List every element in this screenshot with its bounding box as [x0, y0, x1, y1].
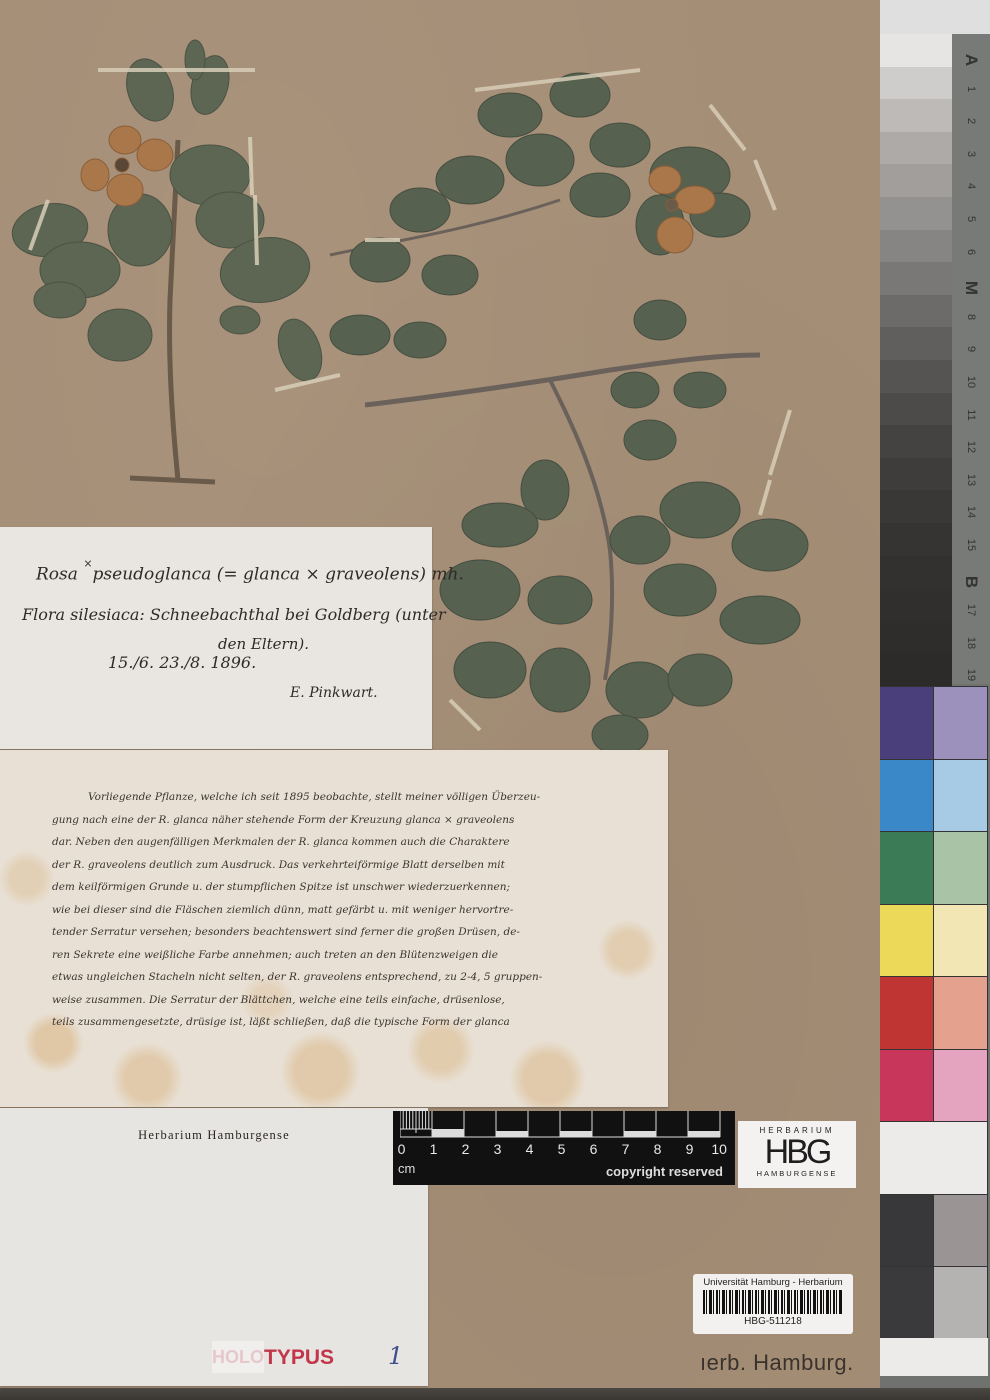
locality: Flora silesiaca: Schneebachthal bei Gold… — [22, 605, 446, 624]
color-checker: A123456M89101112131415B171819 — [880, 0, 990, 1388]
gray-step — [880, 360, 952, 393]
notes-line: tender Serratur versehen; besonders beac… — [52, 921, 652, 944]
color-patch — [934, 905, 988, 977]
specimen-left-flower — [81, 126, 173, 206]
scale-numbers: 0 1 2 3 4 5 6 7 8 9 10 — [398, 1141, 733, 1159]
patch-row — [880, 1121, 988, 1194]
gray-step — [880, 67, 952, 100]
color-patches — [880, 686, 988, 1339]
gray-scale-label: 15 — [965, 526, 977, 564]
gray-step — [880, 588, 952, 621]
gray-step — [880, 327, 952, 360]
copyright-notice: copyright reserved — [606, 1164, 723, 1179]
gray-step — [880, 490, 952, 523]
notes-line: wie bei dieser sind die Fläschen ziemlic… — [52, 899, 652, 922]
notes-line: Vorliegende Pflanze, welche ich seit 189… — [52, 786, 652, 809]
notes-line: gung nach eine der R. glanca näher stehe… — [52, 809, 652, 832]
scale-number: 2 — [462, 1141, 470, 1157]
herbarium-stamp: ıerb. Hamburg. — [700, 1350, 854, 1376]
color-patch — [934, 687, 988, 759]
color-patch — [880, 1122, 988, 1194]
color-patch — [880, 1195, 934, 1267]
checker-white-top — [880, 0, 990, 34]
gray-scale-steps — [880, 34, 952, 686]
taxon-name: Rosa ×pseudoglanca (= glanca × graveolen… — [36, 563, 464, 585]
gray-scale-label: 6 — [965, 233, 977, 271]
determination-label: Rosa ×pseudoglanca (= glanca × graveolen… — [0, 527, 432, 749]
notes-line: der R. graveolens deutlich zum Ausdruck.… — [52, 854, 652, 877]
color-patch — [880, 832, 934, 904]
scale-number: 4 — [526, 1141, 534, 1157]
gray-step — [880, 653, 952, 686]
gray-step — [880, 34, 952, 67]
scale-bar: 0 1 2 3 4 5 6 7 8 9 10 cm copyright rese… — [393, 1111, 735, 1185]
gray-step — [880, 556, 952, 589]
notes-line: ren Sekrete eine weißliche Farbe annehme… — [52, 944, 652, 967]
gray-step — [880, 132, 952, 165]
type-number: 1 — [388, 1342, 403, 1370]
patch-row — [880, 759, 988, 832]
hbg-logo: HERBARIUM HBG HAMBURGENSE — [738, 1121, 856, 1188]
notes-line: weise zusammen. Die Serratur der Blättch… — [52, 989, 652, 1012]
patch-row — [880, 976, 988, 1049]
herbarium-sheet: Rosa ×pseudoglanca (= glanca × graveolen… — [0, 0, 880, 1388]
color-patch — [880, 687, 934, 759]
gray-step — [880, 164, 952, 197]
gray-step — [880, 425, 952, 458]
scale-number: 5 — [558, 1141, 566, 1157]
color-patch — [880, 977, 934, 1049]
scale-number: 0 — [398, 1141, 406, 1157]
color-patch — [934, 977, 988, 1049]
notes-line: etwas ungleichen Stacheln nicht selten, … — [52, 966, 652, 989]
patch-row — [880, 1266, 988, 1339]
color-patch — [880, 1050, 934, 1122]
logo-main-text: HBG — [738, 1135, 856, 1169]
notes-label: Vorliegende Pflanze, welche ich seit 189… — [0, 750, 668, 1107]
collector: E. Pinkwart. — [290, 685, 378, 701]
gray-step — [880, 393, 952, 426]
scale-number: 9 — [686, 1141, 694, 1157]
locality-continued: den Eltern). — [218, 635, 309, 653]
color-patch — [934, 1195, 988, 1267]
color-patch — [934, 832, 988, 904]
specimen-left-branch — [8, 40, 330, 482]
barcode-icon — [703, 1290, 843, 1314]
color-patch — [934, 1267, 988, 1339]
scanner-edge — [0, 1388, 990, 1400]
gray-step — [880, 458, 952, 491]
scale-number: 10 — [711, 1141, 727, 1157]
patch-row — [880, 1194, 988, 1267]
scale-ticks — [400, 1111, 722, 1141]
patch-row — [880, 831, 988, 904]
gray-step — [880, 99, 952, 132]
barcode-label: Universität Hamburg - Herbarium HBG-5112… — [693, 1274, 853, 1334]
notes-line: teils zusammengesetzte, drüsige ist, läß… — [52, 1011, 652, 1034]
color-patch — [880, 760, 934, 832]
scale-unit: cm — [398, 1161, 415, 1176]
gray-step — [880, 621, 952, 654]
patch-row — [880, 904, 988, 977]
gray-step — [880, 262, 952, 295]
scale-number: 3 — [494, 1141, 502, 1157]
gray-step — [880, 230, 952, 263]
color-patch — [880, 905, 934, 977]
patch-row — [880, 1049, 988, 1122]
color-patch — [934, 1050, 988, 1122]
color-patch — [880, 1267, 934, 1339]
notes-line: dar. Neben den augenfälligen Merkmalen d… — [52, 831, 652, 854]
collection-dates: 15./6. 23./8. 1896. — [108, 653, 256, 672]
scale-number: 1 — [430, 1141, 438, 1157]
scale-number: 6 — [590, 1141, 598, 1157]
color-patch — [934, 760, 988, 832]
barcode-id: HBG-511218 — [693, 1316, 853, 1327]
scale-number: 8 — [654, 1141, 662, 1157]
patch-row — [880, 686, 988, 759]
logo-bottom-text: HAMBURGENSE — [738, 1169, 856, 1178]
notes-line: dem keilförmigen Grunde u. der stumpflic… — [52, 876, 652, 899]
notes-text: Vorliegende Pflanze, welche ich seit 189… — [52, 786, 652, 1034]
type-status-stamp: TYPUS — [264, 1346, 334, 1370]
checker-white-bottom — [880, 1338, 988, 1376]
scale-number: 7 — [622, 1141, 630, 1157]
herbarium-title: Herbarium Hamburgense — [0, 1128, 428, 1143]
barcode-institution: Universität Hamburg - Herbarium — [693, 1277, 853, 1288]
type-status-patch: HOLO — [212, 1341, 264, 1373]
gray-step — [880, 523, 952, 556]
gray-step — [880, 197, 952, 230]
gray-step — [880, 295, 952, 328]
